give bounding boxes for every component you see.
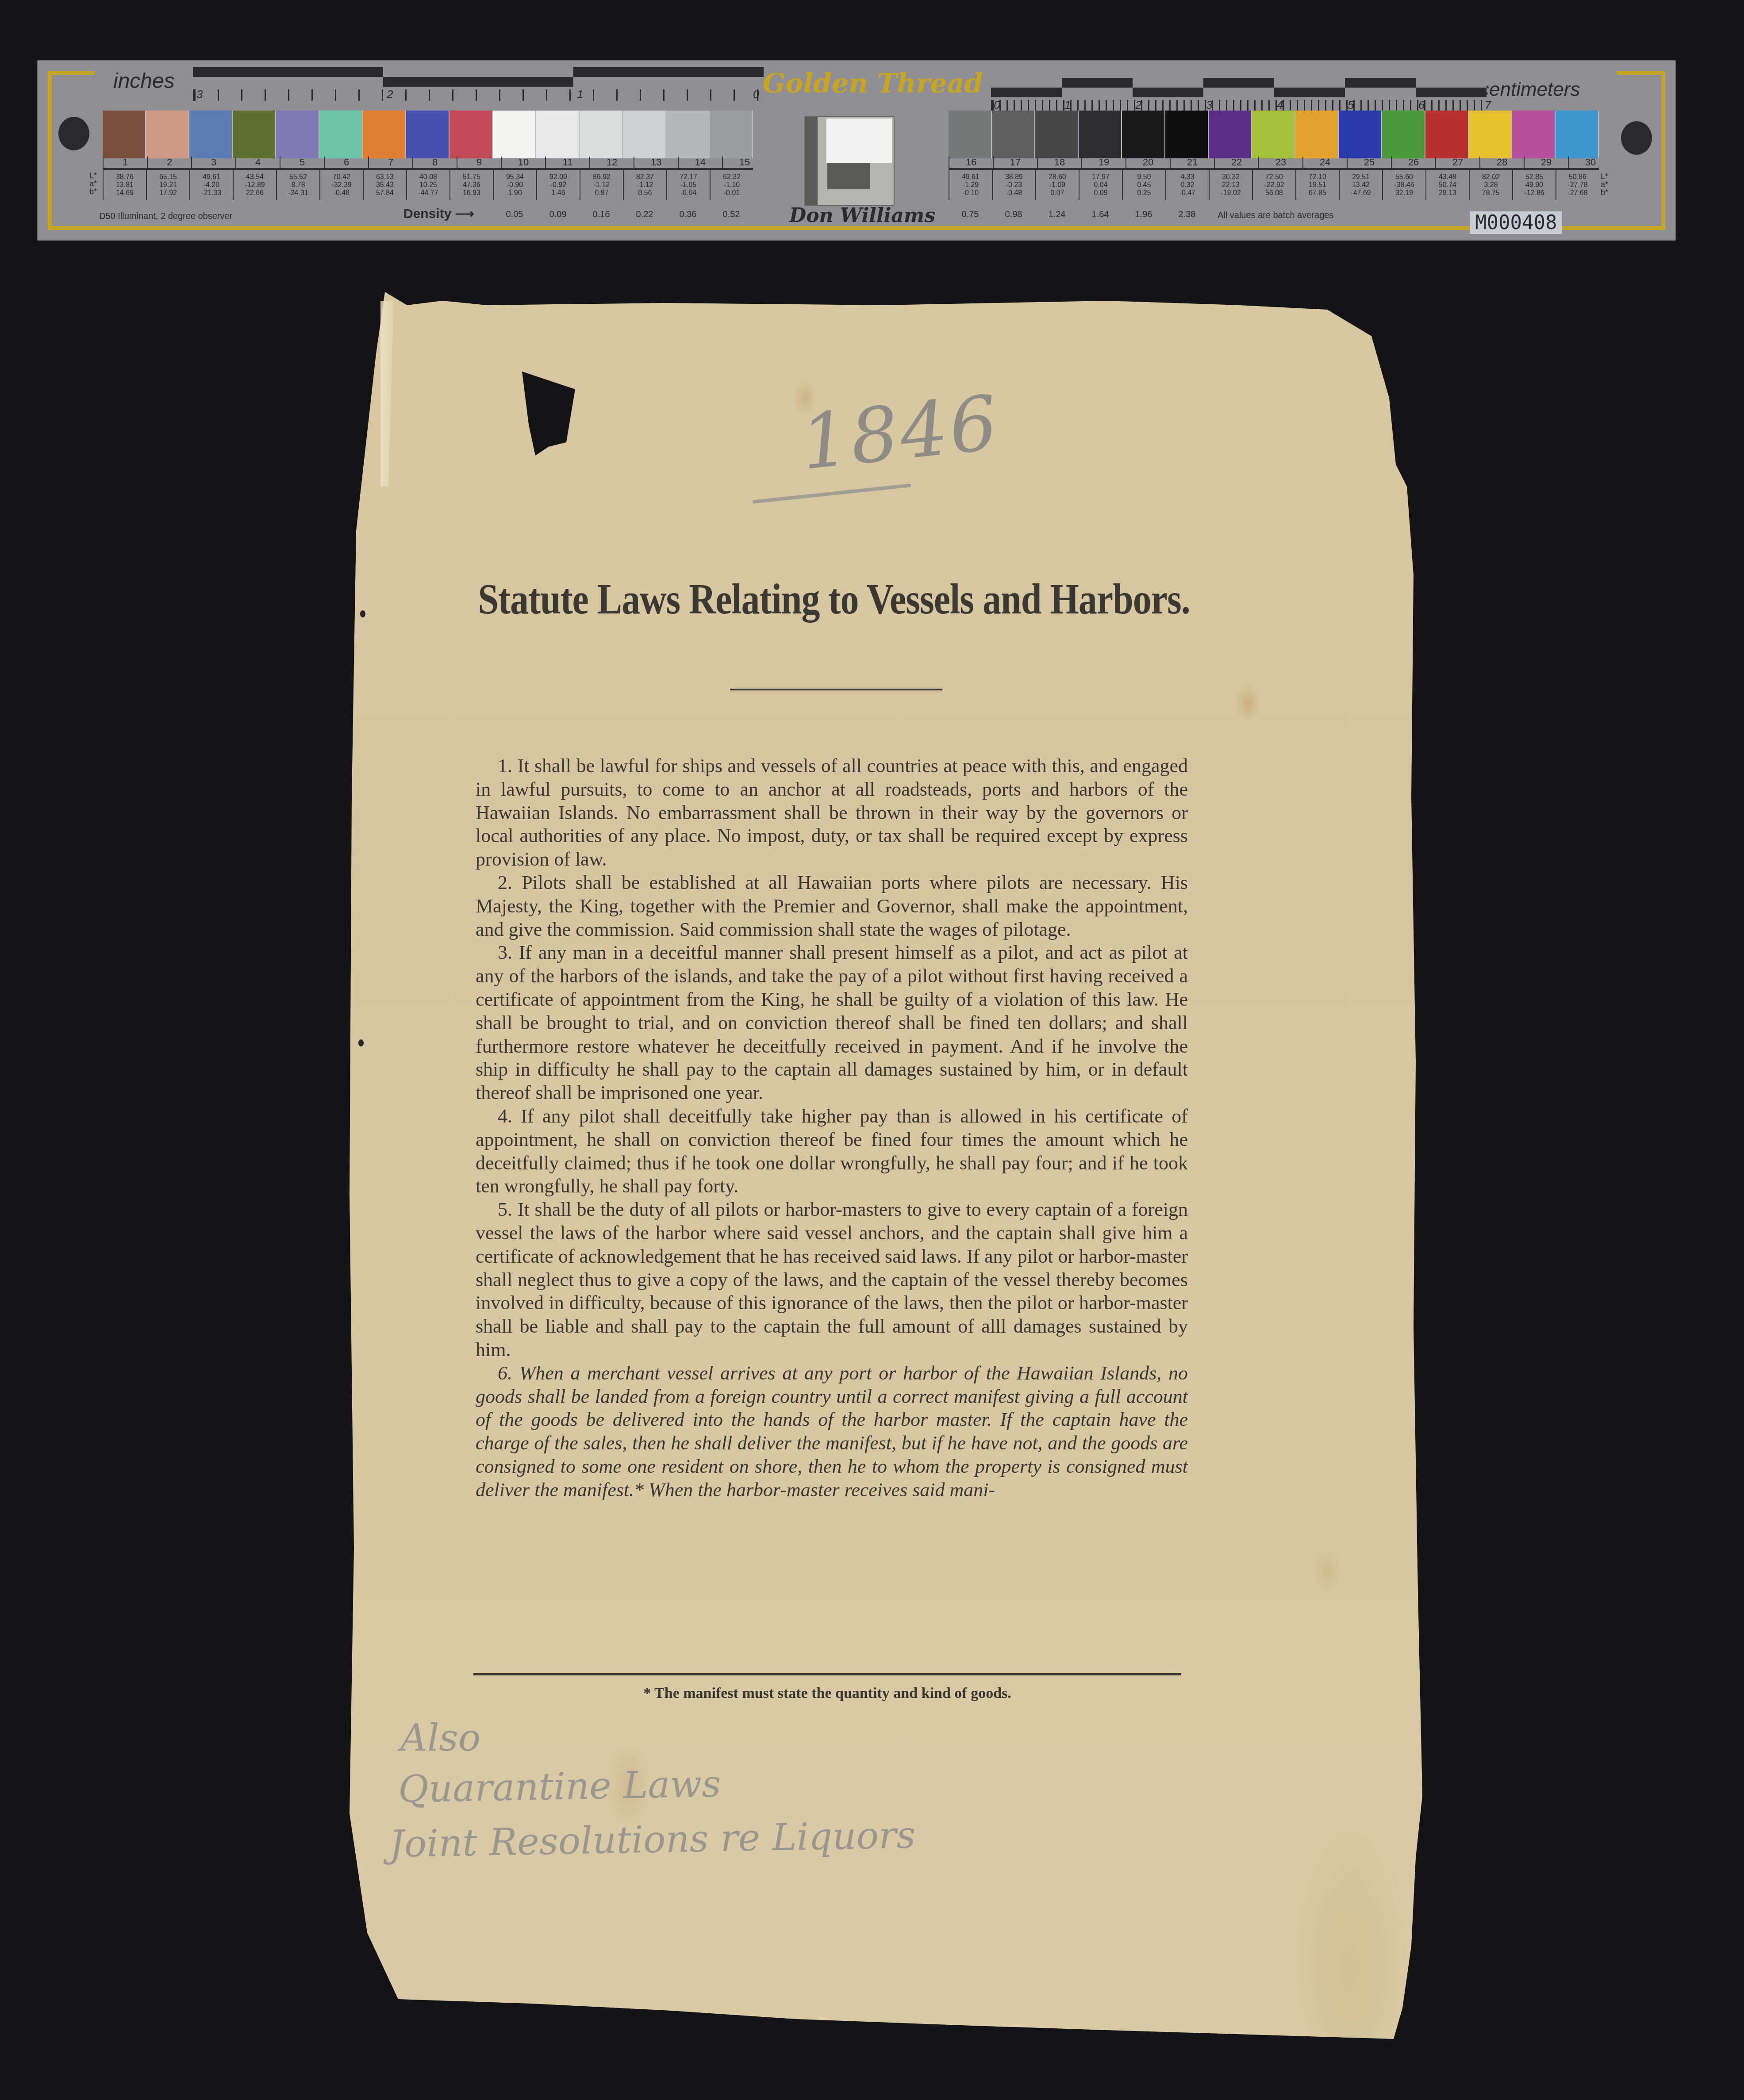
pencil-note-also: Also [400,1716,480,1759]
statute-section: 1. It shall be lawful for ships and vess… [476,755,1188,871]
title-rule [730,689,942,690]
footnote-rule [473,1673,1181,1675]
statute-section: 3. If any man in a deceitful manner shal… [476,941,1188,1105]
statute-section: 6. When a merchant vessel arrives at any… [476,1362,1188,1502]
document-title: Statute Laws Relating to Vessels and Har… [473,575,1195,625]
pencil-note-resolutions: Joint Resolutions re Liquors [389,1813,916,1866]
document-page: 1846 Statute Laws Relating to Vessels an… [0,0,1744,2100]
statute-section: 5. It shall be the duty of all pilots or… [476,1198,1188,1362]
statute-body: 1. It shall be lawful for ships and vess… [476,755,1188,1502]
margin-mark [358,1039,364,1046]
margin-mark [360,610,365,617]
pencil-note-quarantine: Quarantine Laws [398,1762,721,1811]
statute-section: 4. If any pilot shall deceitfully take h… [476,1105,1188,1198]
statute-section: 2. Pilots shall be established at all Ha… [476,871,1188,941]
footnote: * The manifest must state the quantity a… [473,1685,1181,1702]
